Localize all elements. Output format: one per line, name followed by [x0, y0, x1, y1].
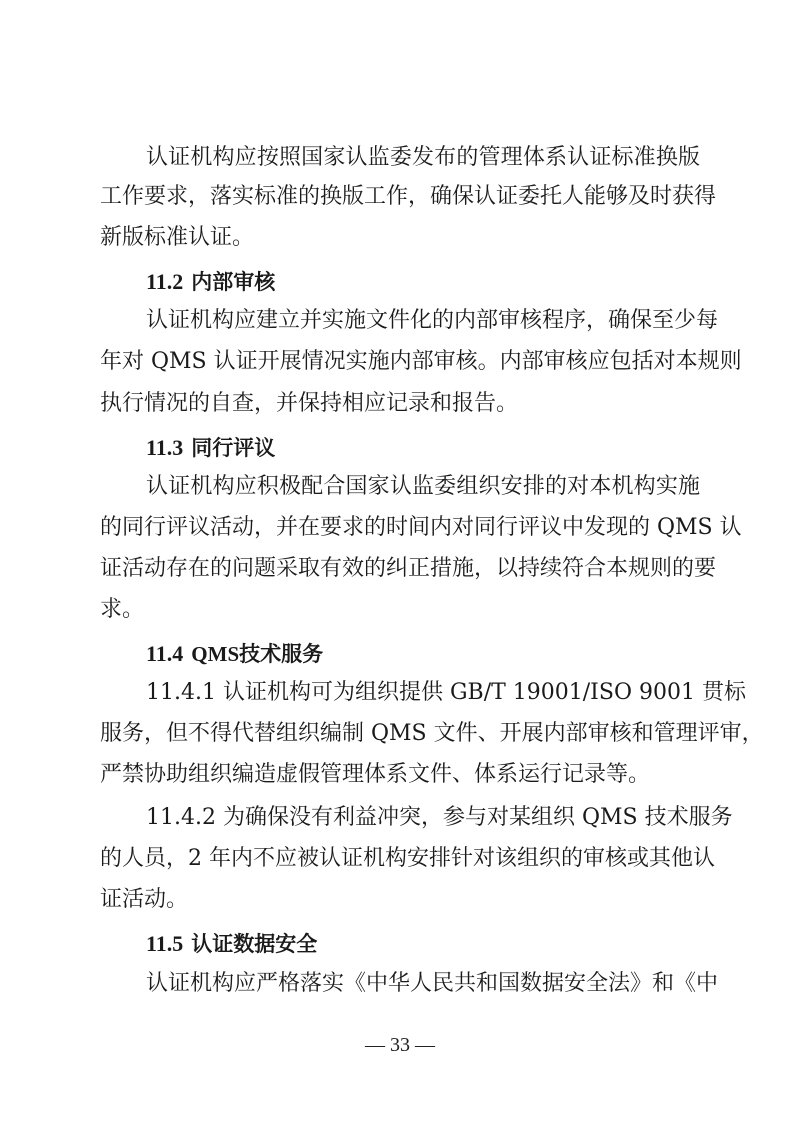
section-heading-11-2: 11.2内部审核 [146, 262, 275, 302]
page-number: — 33 — [0, 1034, 800, 1057]
paragraph-line: 新版标准认证。 [100, 218, 700, 258]
paragraph-line: 11.4.1 认证机构可为组织提供 GB/T 19001/ISO 9001 贯标 [100, 673, 700, 713]
paragraph-line: 认证机构应建立并实施文件化的内部审核程序，确保至少每 [100, 301, 700, 341]
paragraph-line: 执行情况的自查，并保持相应记录和报告。 [100, 384, 700, 424]
paragraph-line: 认证机构应积极配合国家认监委组织安排的对本机构实施 [100, 467, 700, 507]
paragraph-line: 证活动。 [100, 880, 700, 920]
section-number: 11.3 [146, 435, 183, 460]
paragraph-line: 的同行评议活动，并在要求的时间内对同行评议中发现的 QMS 认 [100, 508, 700, 548]
paragraph-line: 认证机构应按照国家认监委发布的管理体系认证标准换版 [100, 138, 700, 178]
paragraph-line: 证活动存在的问题采取有效的纠正措施，以持续符合本规则的要 [100, 549, 700, 589]
paragraph-line: 年对 QMS 认证开展情况实施内部审核。内部审核应包括对本规则 [100, 342, 700, 382]
section-number: 11.5 [146, 931, 183, 956]
paragraph-line: 认证机构应严格落实《中华人民共和国数据安全法》和《中 [100, 964, 700, 1004]
section-title: QMS技术服务 [191, 642, 323, 666]
section-number: 11.2 [146, 269, 183, 294]
paragraph-line: 11.4.2 为确保没有利益冲突，参与对某组织 QMS 技术服务 [100, 798, 700, 838]
section-heading-11-3: 11.3同行评议 [146, 428, 275, 468]
paragraph-line: 严禁协助组织编造虚假管理体系文件、体系运行记录等。 [100, 755, 700, 795]
section-heading-11-4: 11.4QMS技术服务 [146, 634, 323, 674]
paragraph-line: 工作要求，落实标准的换版工作，确保认证委托人能够及时获得 [100, 177, 700, 217]
section-heading-11-5: 11.5认证数据安全 [146, 924, 317, 964]
section-title: 同行评议 [191, 435, 275, 460]
section-title: 认证数据安全 [191, 931, 317, 956]
paragraph-line: 服务，但不得代替组织编制 QMS 文件、开展内部审核和管理评审， [100, 714, 700, 754]
section-title: 内部审核 [191, 269, 275, 294]
paragraph-line: 求。 [100, 590, 700, 630]
paragraph-line: 的人员，2 年内不应被认证机构安排针对该组织的审核或其他认 [100, 839, 700, 879]
section-number: 11.4 [146, 641, 183, 666]
